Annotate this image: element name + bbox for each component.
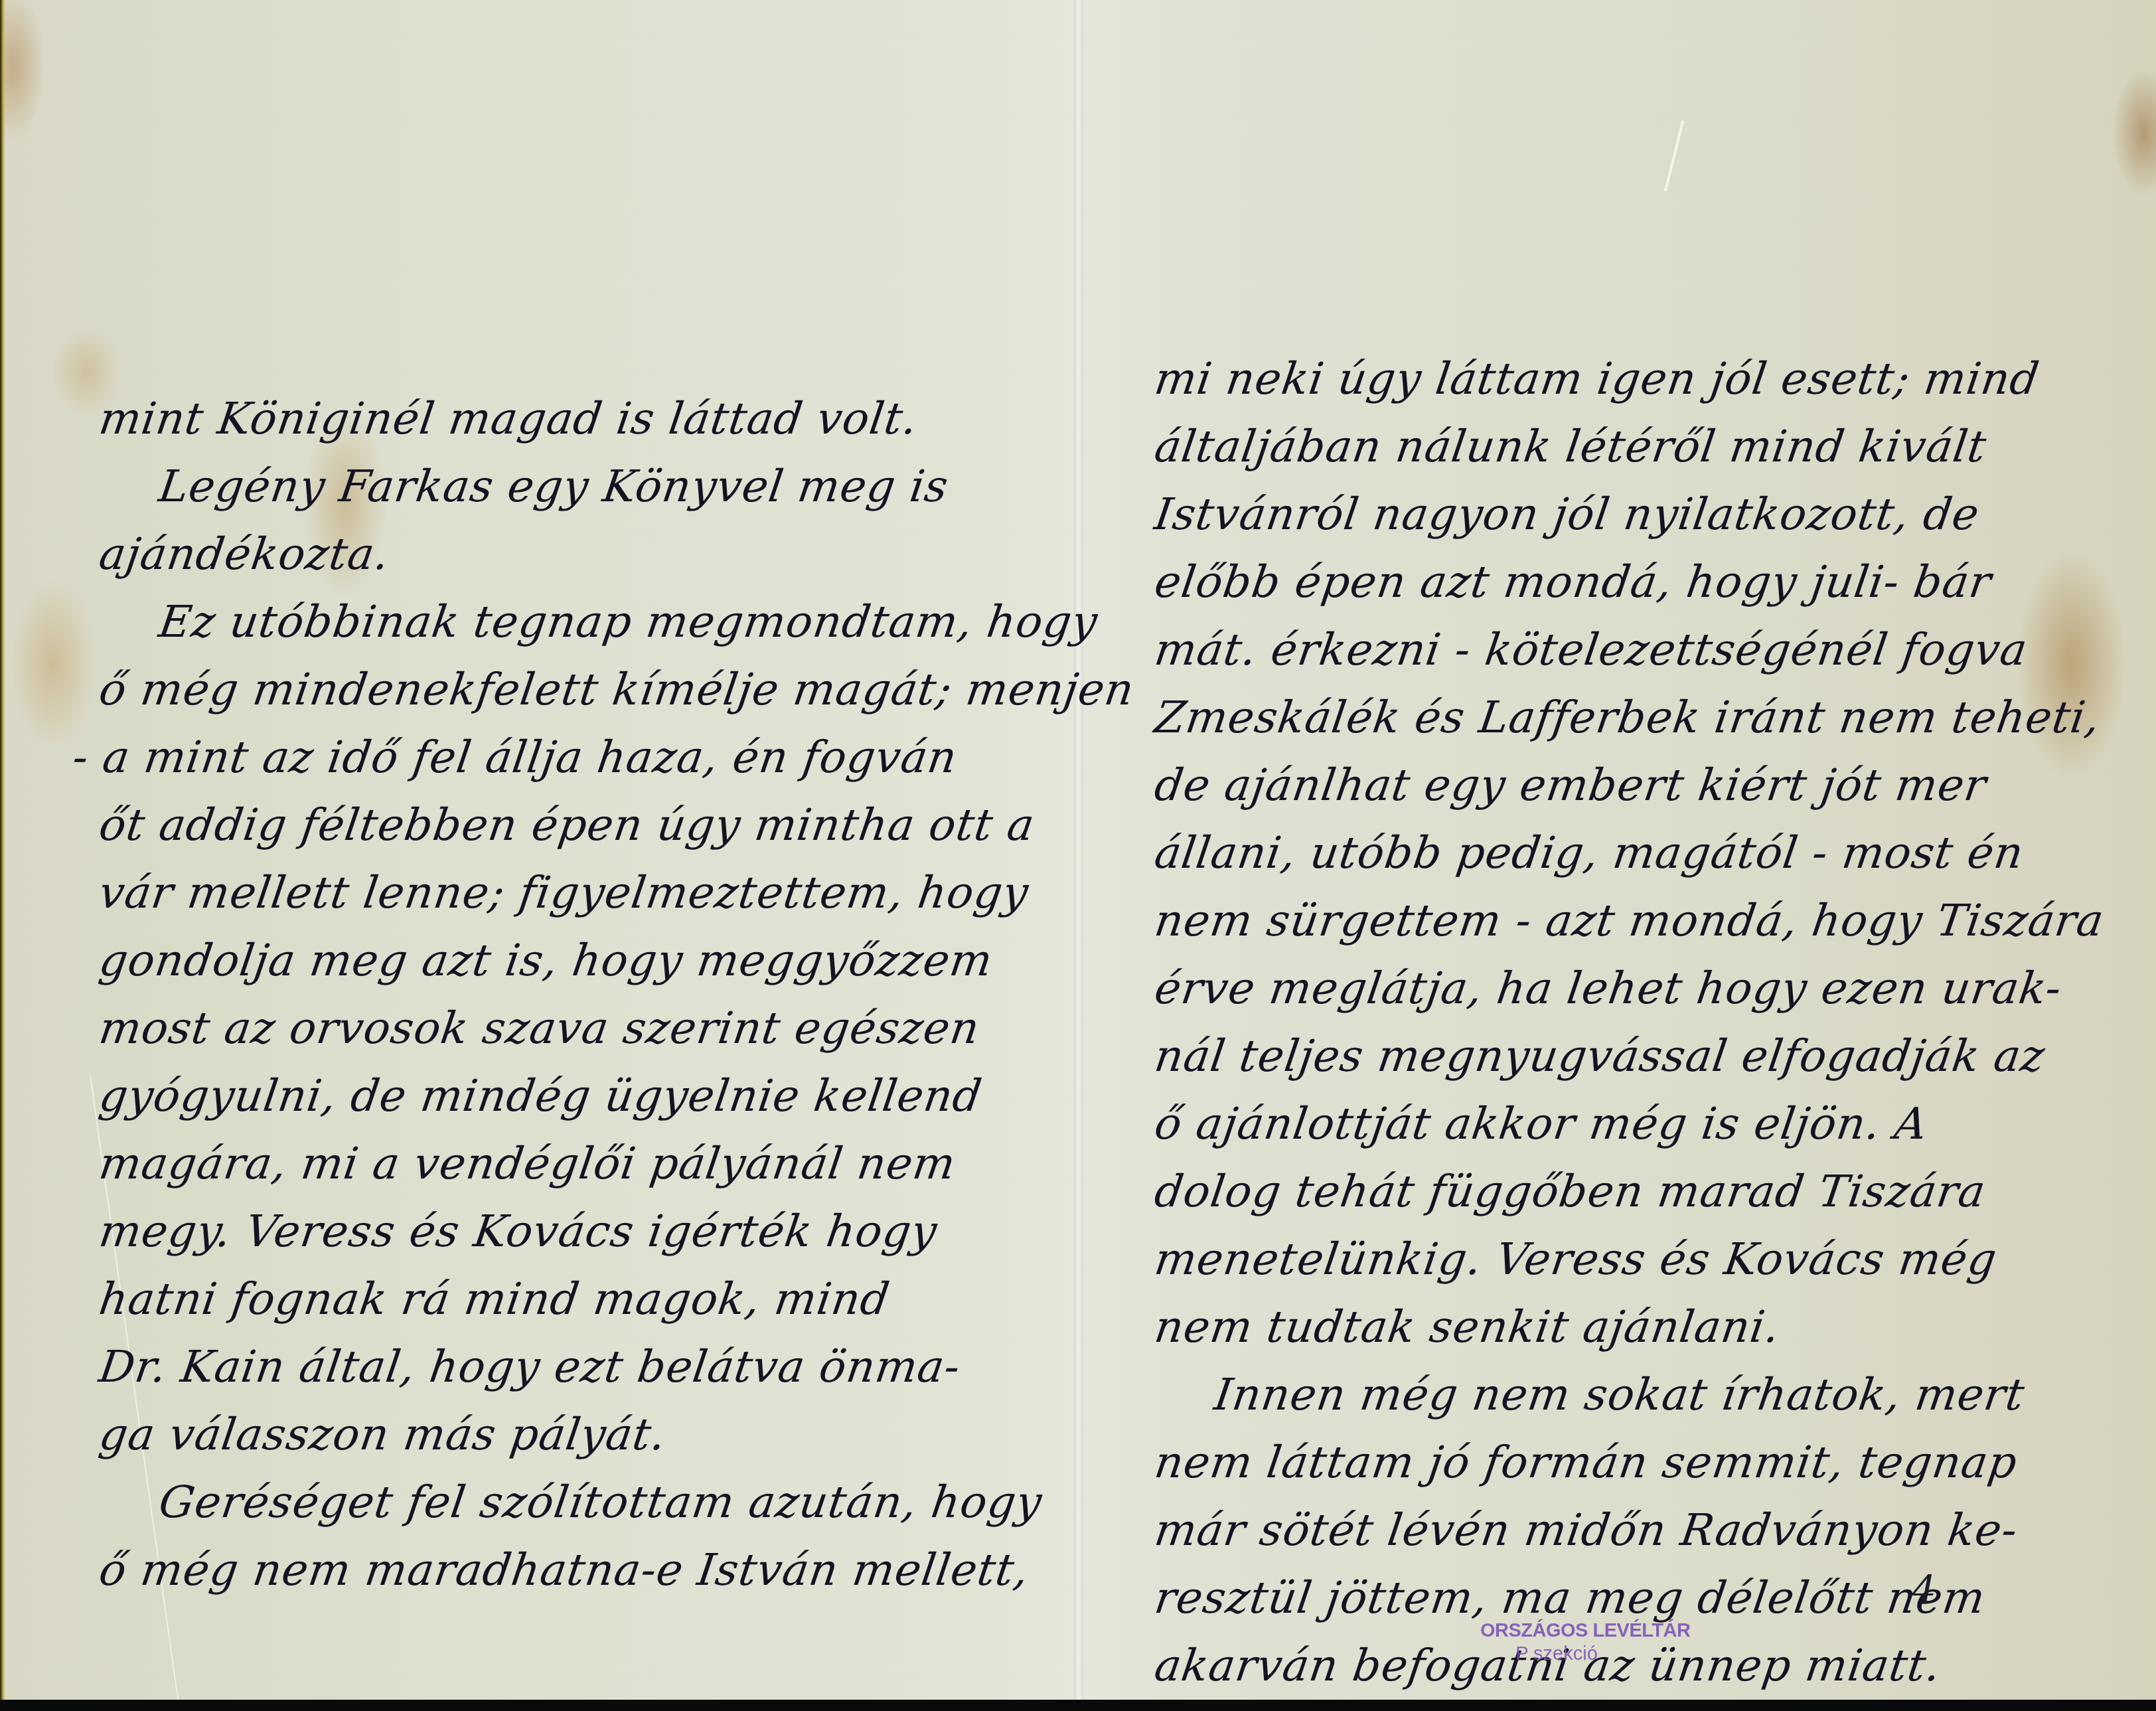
scan-left-edge [0,0,5,1700]
scan-bottom-border [0,1700,2156,1711]
handwritten-line: akarván befogatni az ünnep miatt. [1150,1632,2142,1700]
handwritten-line: de ajánlhat egy embert kiért jót mer [1150,752,2142,819]
left-page: mint Königinél magad is láttad volt. Leg… [100,385,1069,1604]
handwritten-line: ga válasszon más pályát. [95,1401,1073,1469]
handwritten-line: mát. érkezni - kötelezettségénél fogva [1150,616,2142,684]
page-number: 4 [1912,1567,1936,1612]
handwritten-line: előbb épen azt mondá, hogy juli- bár [1150,548,2142,616]
handwritten-line: ő még nem maradhatna-e István mellett, [95,1536,1073,1604]
handwritten-line: vár mellett lenne; figyelmeztettem, hogy [95,859,1073,927]
handwritten-line: menetelünkig. Veress és Kovács még [1150,1226,2142,1293]
paper-scratch [1664,120,1684,192]
handwritten-line: Geréséget fel szólítottam azután, hogy [95,1469,1073,1536]
handwritten-line: őt addig féltebben épen úgy mintha ott a [95,791,1073,859]
handwritten-line: Istvánról nagyon jól nyilatkozott, de [1150,481,2142,548]
stamp-section: P szekció [1480,1643,1633,1665]
handwritten-line: dolog tehát függőben marad Tiszára [1150,1158,2142,1226]
handwritten-line: gondolja meg azt is, hogy meggyőzzem [95,927,1073,995]
handwritten-line: hatni fognak rá mind magok, mind [95,1265,1073,1333]
handwritten-line: nem láttam jó formán semmit, tegnap [1150,1429,2142,1497]
handwritten-line: Legény Farkas egy Könyvel meg is [95,453,1073,521]
handwritten-line: gyógyulni, de mindég ügyelnie kellend [95,1062,1073,1130]
handwritten-line: nem tudtak senkit ajánlani. [1150,1293,2142,1361]
page-fold [1074,0,1083,1700]
right-page: mi neki úgy láttam igen jól esett; mind … [1155,345,2137,1700]
stamp-archive-name: ORSZÁGOS LEVÉLTÁR [1480,1620,1633,1642]
handwritten-line: nál teljes megnyugvással elfogadják az [1150,1022,2142,1090]
handwritten-line: most az orvosok szava szerint egészen [95,995,1073,1062]
handwritten-line: ő még mindenekfelett kímélje magát; menj… [95,656,1073,724]
handwritten-line: általjában nálunk létéről mind kivált [1150,413,2142,481]
handwritten-line: Dr. Kain által, hogy ezt belátva önma- [95,1333,1073,1401]
handwritten-line: magára, mi a vendéglői pályánál nem [95,1130,1073,1198]
handwritten-line: mint Königinél magad is láttad volt. [95,385,1073,453]
archive-stamp: ORSZÁGOS LEVÉLTÁR P szekció [1480,1620,1633,1665]
handwritten-line: Innen még nem sokat írhatok, mert [1150,1361,2142,1429]
handwritten-line: mi neki úgy láttam igen jól esett; mind [1150,345,2142,413]
handwritten-line: állani, utóbb pedig, magától - most én [1150,819,2142,887]
handwritten-line: érve meglátja, ha lehet hogy ezen urak- [1150,955,2142,1022]
handwritten-line: Ez utóbbinak tegnap megmondtam, hogy [95,588,1073,656]
handwritten-line: ajándékozta. [95,521,1073,588]
handwritten-line: megy. Veress és Kovács igérték hogy [95,1198,1073,1265]
handwritten-line: nem sürgettem - azt mondá, hogy Tiszára [1150,887,2142,955]
scanned-letter: mint Königinél magad is láttad volt. Leg… [0,0,2156,1700]
handwritten-line: ő ajánlottját akkor még is eljön. A [1150,1090,2142,1158]
handwritten-line: Zmeskálék és Lafferbek iránt nem teheti, [1150,684,2142,752]
handwritten-line: - a mint az idő fel állja haza, én fogvá… [68,724,1073,791]
handwritten-line: már sötét lévén midőn Radványon ke- [1150,1497,2142,1564]
